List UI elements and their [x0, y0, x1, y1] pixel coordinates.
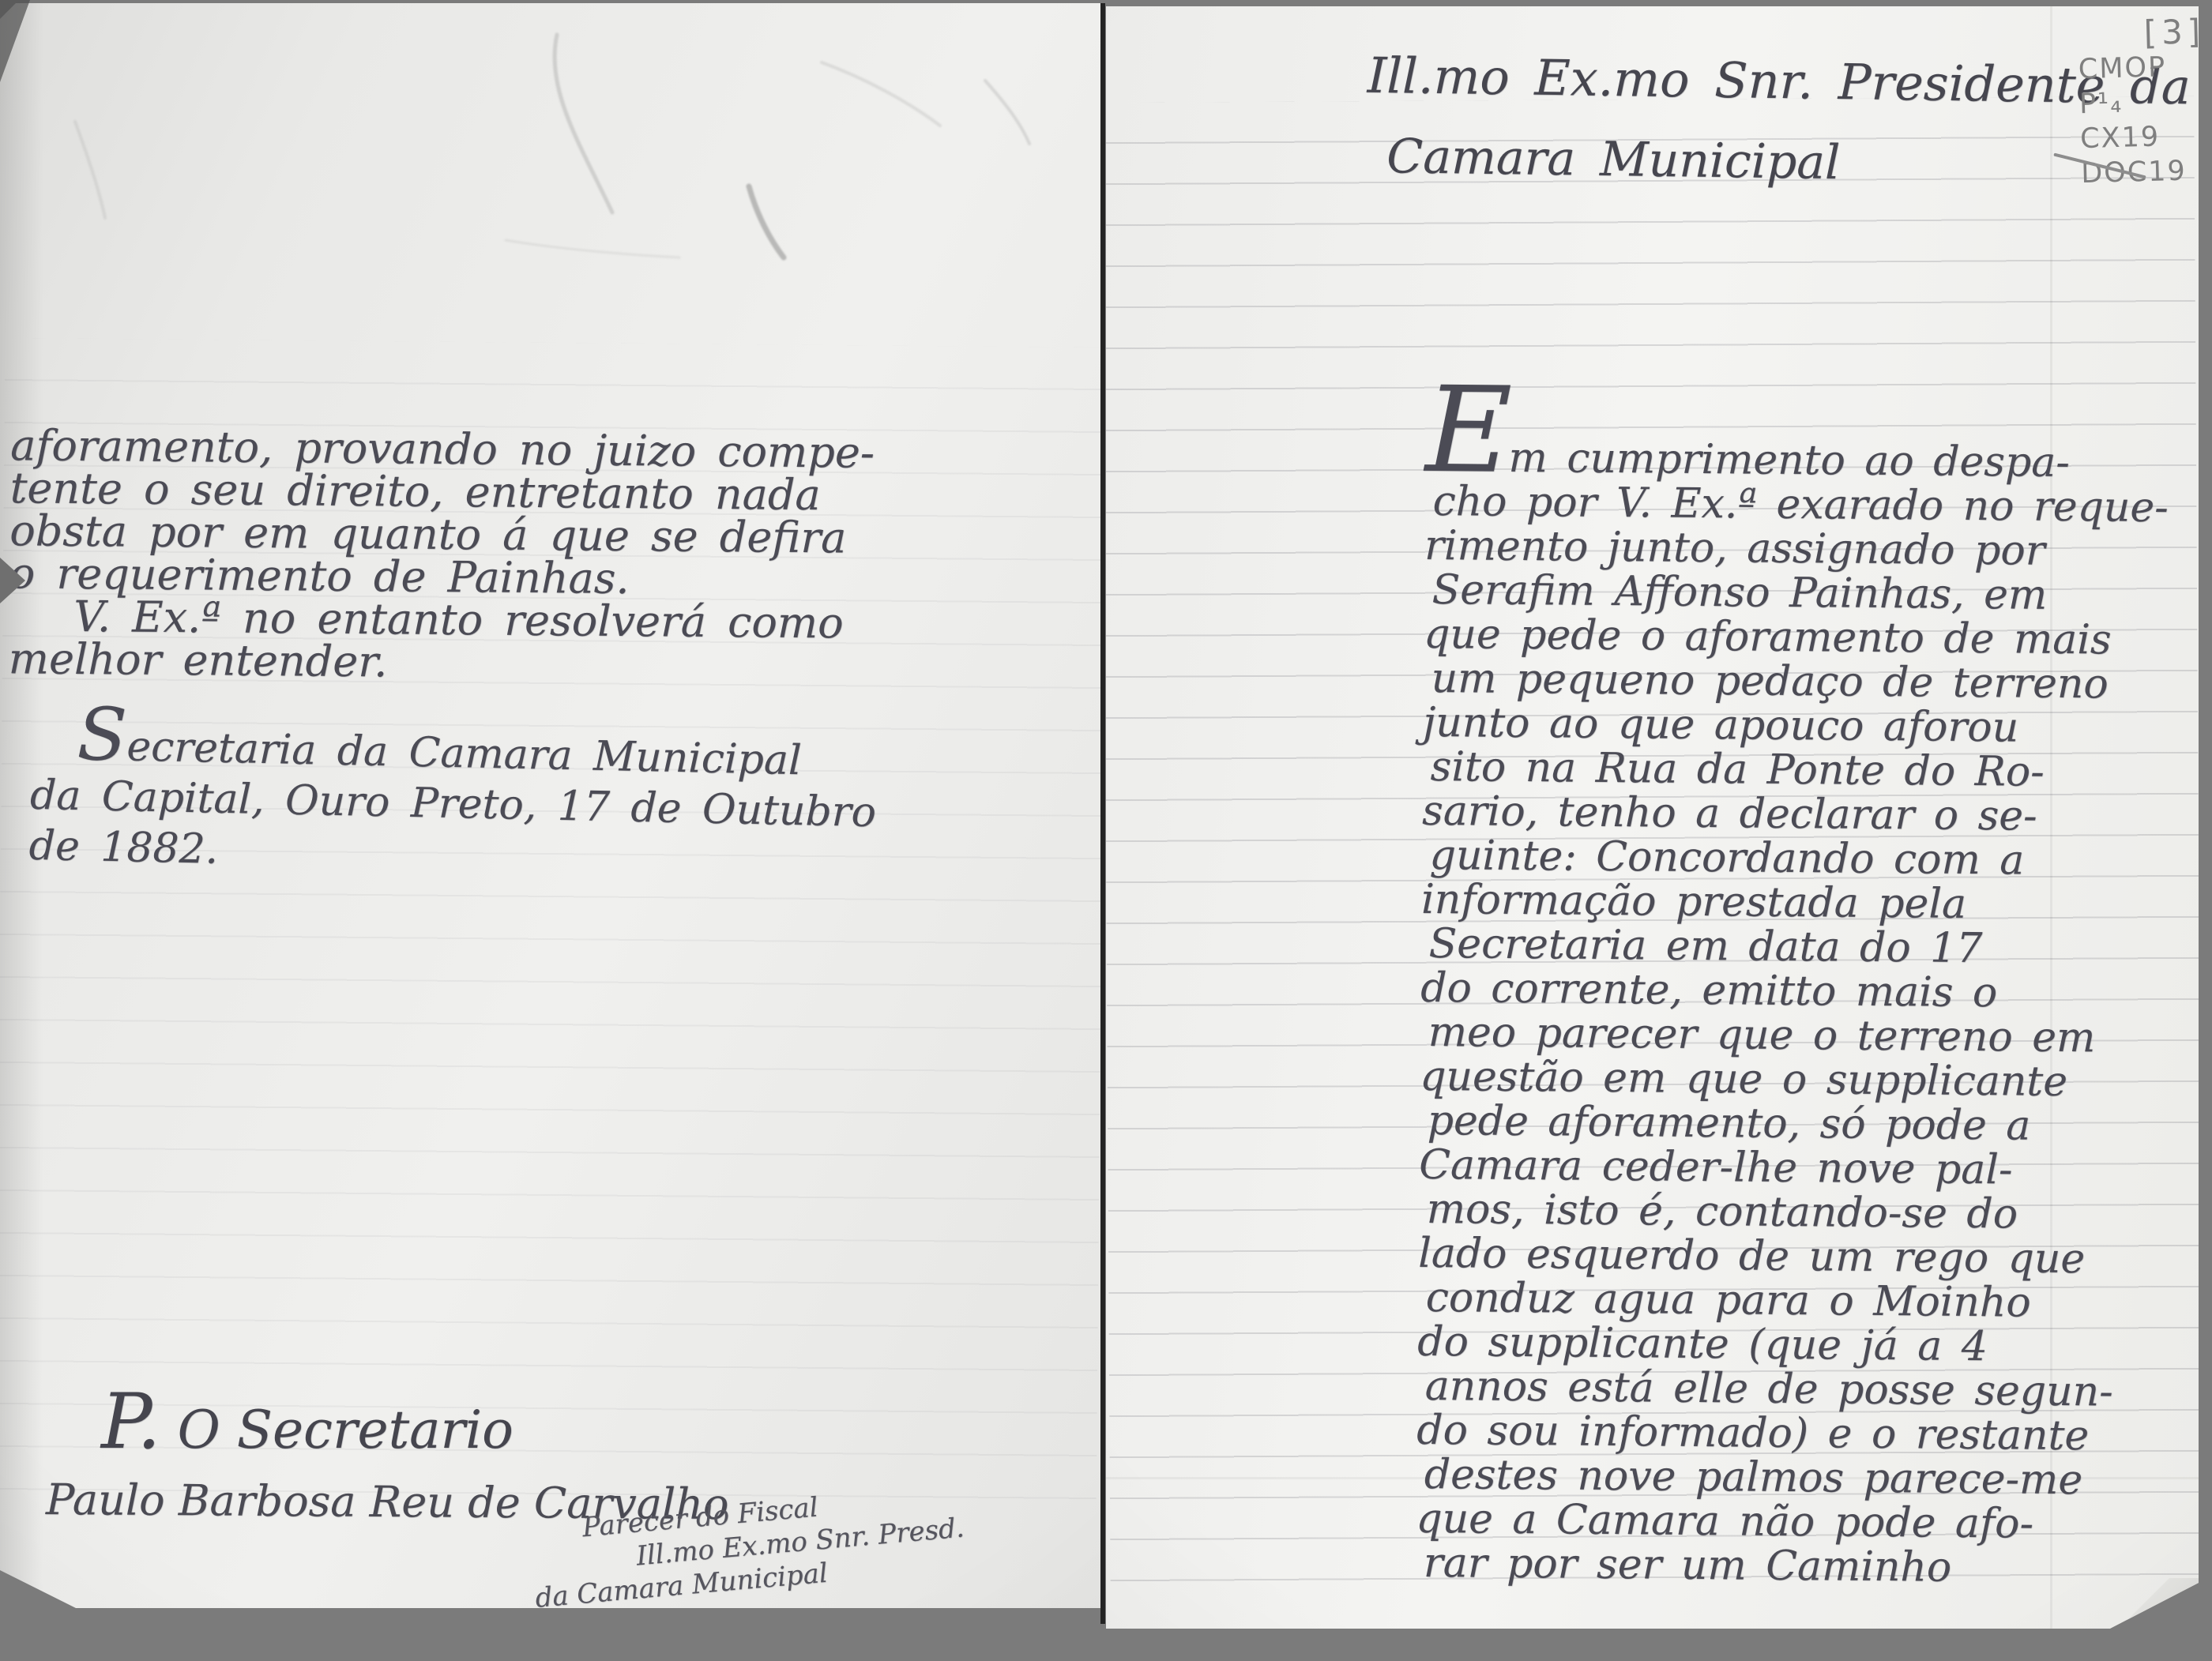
right-page-body: Em cumprimento ao despa- cho por V. Ex.ª…	[1416, 427, 2169, 1591]
doc-code: DOC19	[2081, 153, 2212, 191]
manuscript-line: Ill.mo Ex.mo Snr. Presidente da	[1367, 36, 2191, 128]
right-page: Ill.mo Ex.mo Snr. Presidente da Camara M…	[1106, 6, 2199, 1629]
folio-number: [3]	[2143, 14, 2210, 51]
ink-bleedthrough-marks	[0, 3, 1101, 430]
dateline: Secretaria da Camara Municipal da Capita…	[28, 720, 878, 889]
fonds-code: CMOP P¹₄	[2078, 49, 2212, 122]
manuscript-line: rar por ser um Caminho	[1424, 1541, 2160, 1591]
left-page: aforamento, provando no juizo compe- ten…	[0, 3, 1101, 1608]
signature-title: P. O Secretario	[101, 1400, 513, 1460]
left-page-body: aforamento, provando no juizo compe- ten…	[9, 424, 875, 688]
box-code: CX19	[2080, 118, 2212, 156]
manuscript-line: Em cumprimento ao despa-	[1425, 427, 2169, 486]
salutation: Ill.mo Ex.mo Snr. Presidente da Camara M…	[1366, 36, 2191, 209]
folded-corner	[2105, 1578, 2199, 1629]
manuscript-line: Camara Municipal	[1386, 116, 2190, 208]
page-seam	[1100, 3, 1105, 1624]
scanned-manuscript: aforamento, provando no juizo compe- ten…	[0, 0, 2212, 1661]
